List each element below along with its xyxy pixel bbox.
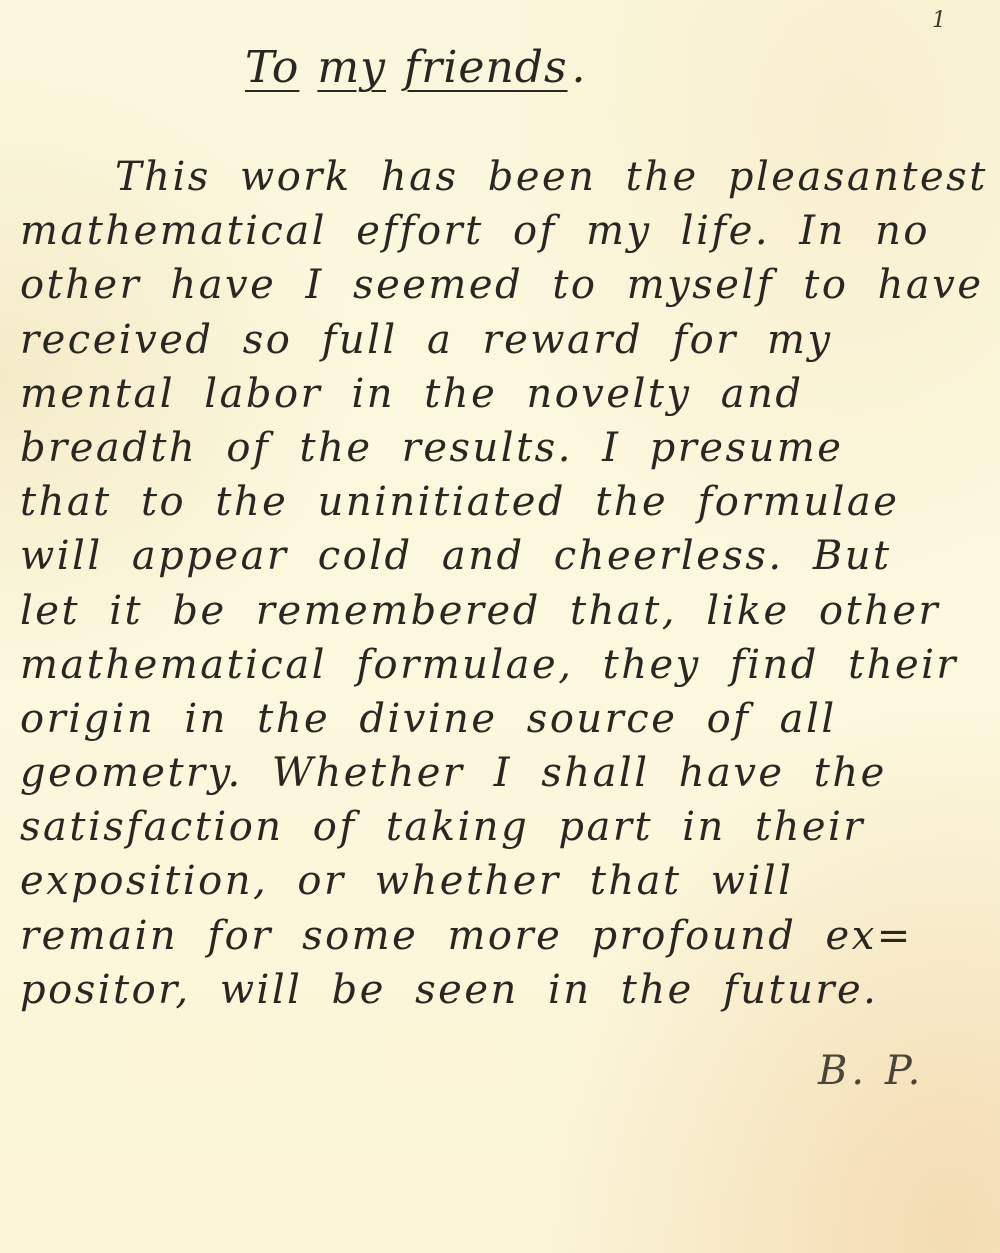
text-line: breadth of the results. I presume: [20, 421, 970, 475]
text-line: satisfaction of taking part in their: [20, 800, 970, 854]
text-line: mathematical formulae, they find their: [20, 638, 970, 692]
text-line: positor, will be seen in the future.: [20, 963, 970, 1017]
text-line: that to the uninitiated the formulae: [20, 475, 970, 529]
title-word: To: [245, 42, 299, 93]
text-line: geometry. Whether I shall have the: [20, 746, 970, 800]
text-line: mathematical effort of my life. In no: [20, 204, 970, 258]
title-word: my: [317, 42, 386, 93]
text-line: remain for some more profound ex=: [20, 909, 970, 963]
text-line: other have I seemed to myself to have: [20, 258, 970, 312]
text-line: origin in the divine source of all: [20, 692, 970, 746]
text-line: will appear cold and cheerless. But: [20, 529, 970, 583]
title-punctuation: .: [572, 42, 587, 93]
text-line: mental labor in the novelty and: [20, 367, 970, 421]
page-title: Tomyfriends.: [245, 42, 587, 93]
text-line: let it be remembered that, like other: [20, 584, 970, 638]
text-line: received so full a reward for my: [20, 313, 970, 367]
title-word: friends: [404, 42, 568, 93]
manuscript-page: 1 Tomyfriends. This work has been the pl…: [0, 0, 1000, 1253]
text-line: exposition, or whether that will: [20, 854, 970, 908]
page-number: 1: [932, 8, 946, 33]
handwritten-paragraph: This work has been the pleasantest mathe…: [20, 150, 970, 1017]
signature-initials: B. P.: [818, 1048, 924, 1094]
text-line: This work has been the pleasantest: [20, 150, 970, 204]
